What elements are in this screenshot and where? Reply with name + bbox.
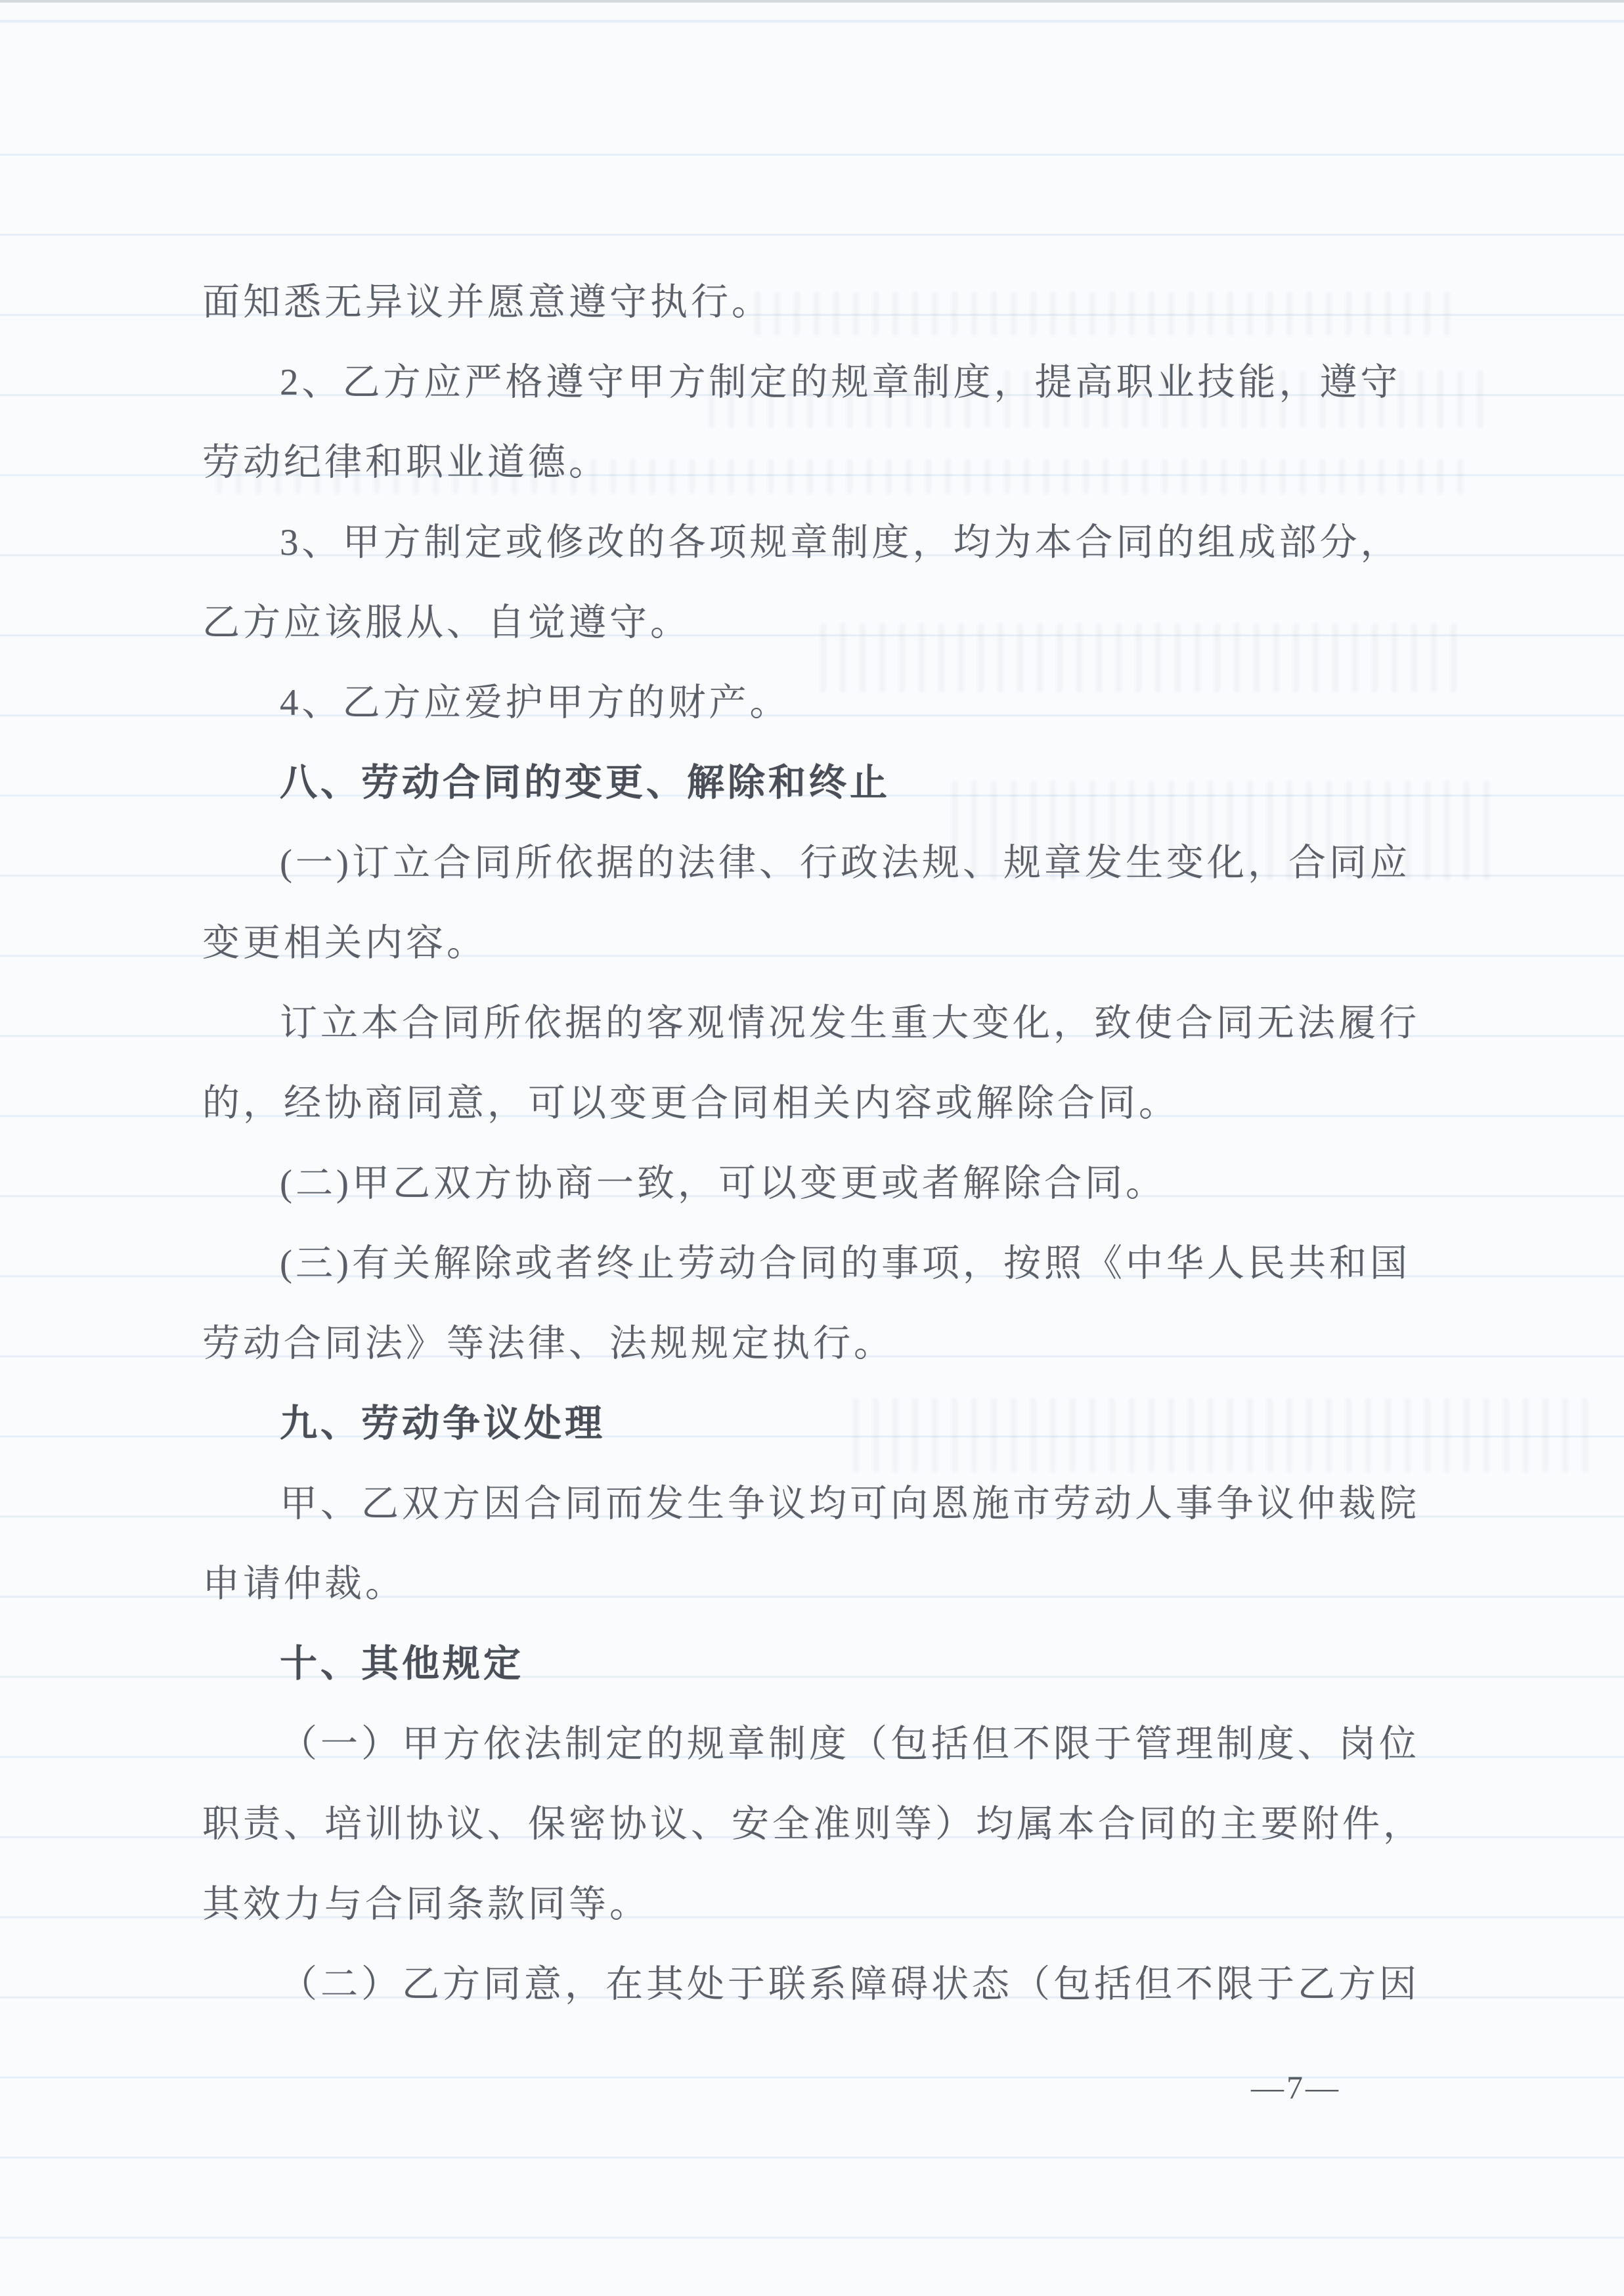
page-number: —7— [1251,2068,1341,2106]
text-line-22: （二）乙方同意，在其处于联系障碍状态（包括但不限于乙方因 [202,1945,1443,2025]
text-line-8: (一)订立合同所依据的法律、行政法规、规章发生变化，合同应 [202,823,1443,903]
text-line-7: 八、劳动合同的变更、解除和终止 [202,743,1443,823]
scan-edge-artifact [0,0,1624,3]
text-line-20: 职责、培训协议、保密协议、安全准则等）均属本合同的主要附件， [202,1785,1443,1865]
text-line-19: （一）甲方依法制定的规章制度（包括但不限于管理制度、岗位 [202,1704,1443,1785]
text-line-1: 面知悉无异议并愿意遵守执行。 [202,263,1443,343]
document-body: 面知悉无异议并愿意遵守执行。2、乙方应严格遵守甲方制定的规章制度，提高职业技能，… [202,263,1443,2025]
text-line-17: 申请仲裁。 [202,1544,1443,1624]
text-line-2: 2、乙方应严格遵守甲方制定的规章制度，提高职业技能，遵守 [202,343,1443,423]
text-line-18: 十、其他规定 [202,1624,1443,1704]
text-line-15: 九、劳动争议处理 [202,1384,1443,1464]
scanned-contract-page: 面知悉无异议并愿意遵守执行。2、乙方应严格遵守甲方制定的规章制度，提高职业技能，… [0,0,1624,2296]
text-line-5: 乙方应该服从、自觉遵守。 [202,583,1443,663]
text-line-9: 变更相关内容。 [202,903,1443,984]
text-line-11: 的，经协商同意，可以变更合同相关内容或解除合同。 [202,1064,1443,1144]
text-line-14: 劳动合同法》等法律、法规规定执行。 [202,1304,1443,1384]
text-line-16: 甲、乙双方因合同而发生争议均可向恩施市劳动人事争议仲裁院 [202,1464,1443,1544]
text-line-21: 其效力与合同条款同等。 [202,1865,1443,1945]
text-line-3: 劳动纪律和职业道德。 [202,423,1443,503]
text-line-4: 3、甲方制定或修改的各项规章制度，均为本合同的组成部分， [202,503,1443,583]
text-line-6: 4、乙方应爱护甲方的财产。 [202,663,1443,743]
text-line-10: 订立本合同所依据的客观情况发生重大变化，致使合同无法履行 [202,984,1443,1064]
text-line-12: (二)甲乙双方协商一致，可以变更或者解除合同。 [202,1144,1443,1224]
text-line-13: (三)有关解除或者终止劳动合同的事项，按照《中华人民共和国 [202,1224,1443,1304]
